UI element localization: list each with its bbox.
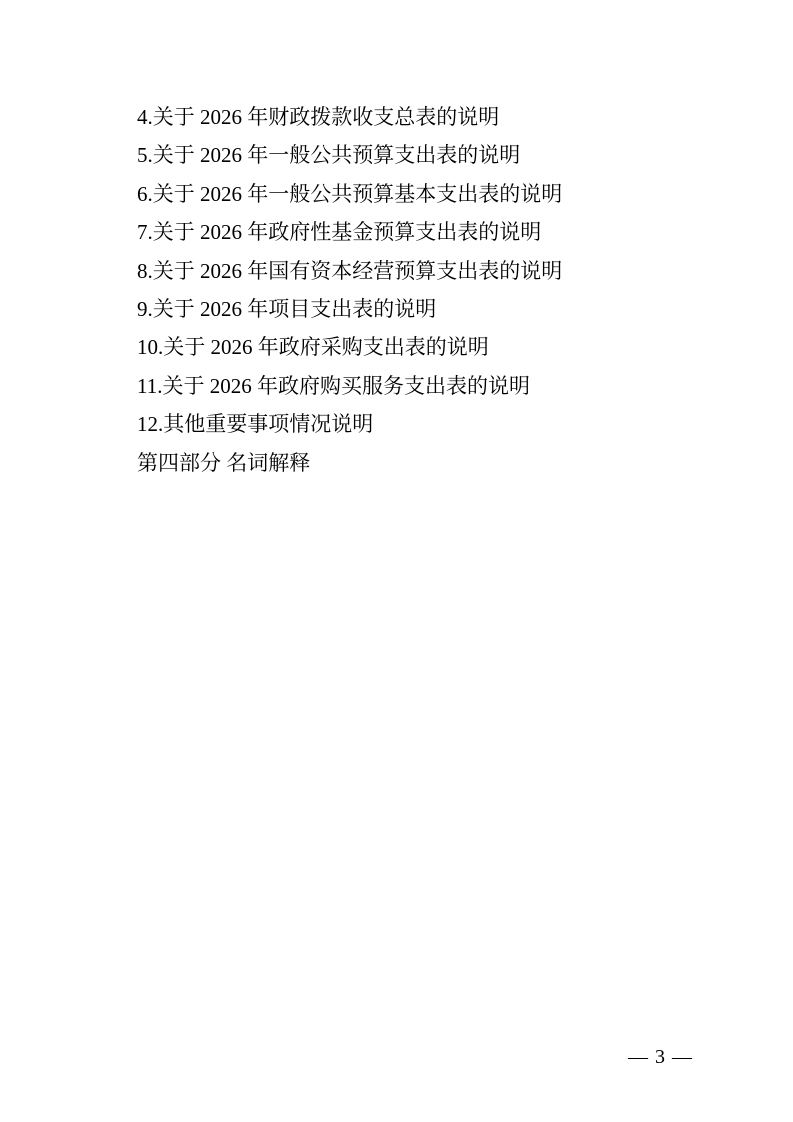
- toc-line: 6.关于 2026 年一般公共预算基本支出表的说明: [137, 175, 733, 213]
- toc-line: 9.关于 2026 年项目支出表的说明: [137, 290, 733, 328]
- toc-line: 10.关于 2026 年政府采购支出表的说明: [137, 328, 733, 366]
- toc-line: 8.关于 2026 年国有资本经营预算支出表的说明: [137, 252, 733, 290]
- table-of-contents: 4.关于 2026 年财政拨款收支总表的说明 5.关于 2026 年一般公共预算…: [137, 98, 733, 482]
- toc-line: 7.关于 2026 年政府性基金预算支出表的说明: [137, 213, 733, 251]
- toc-line: 11.关于 2026 年政府购买服务支出表的说明: [137, 367, 733, 405]
- toc-line: 12.其他重要事项情况说明: [137, 405, 733, 443]
- toc-section-heading: 第四部分 名词解释: [137, 444, 733, 482]
- toc-line: 5.关于 2026 年一般公共预算支出表的说明: [137, 136, 733, 174]
- page-number: — 3 —: [628, 1045, 693, 1069]
- toc-line: 4.关于 2026 年财政拨款收支总表的说明: [137, 98, 733, 136]
- document-page: 4.关于 2026 年财政拨款收支总表的说明 5.关于 2026 年一般公共预算…: [0, 0, 793, 1122]
